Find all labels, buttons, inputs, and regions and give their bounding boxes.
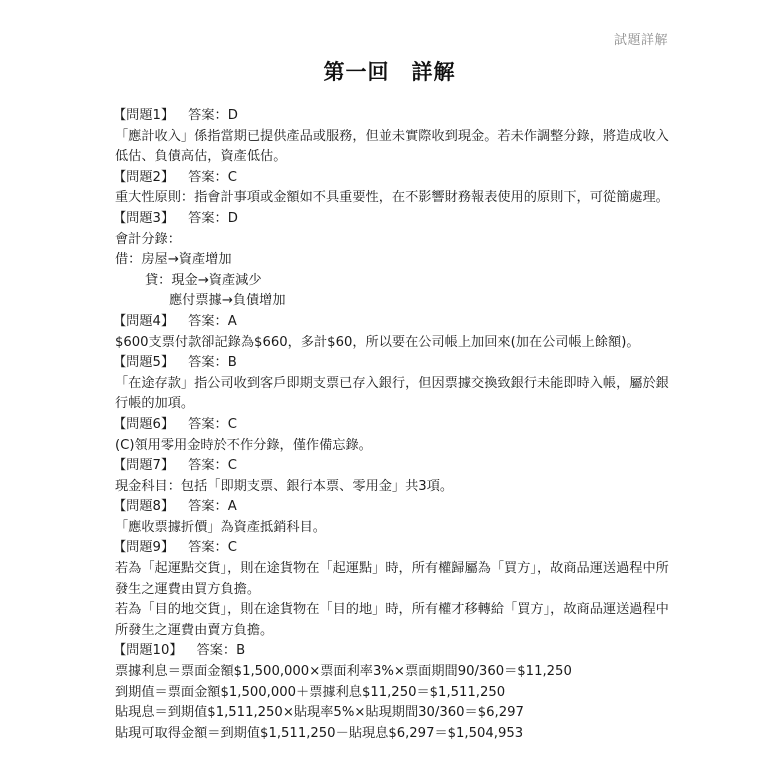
section-header-label: 試題詳解 [614,29,668,48]
question-label: 【問題10】 [113,643,183,658]
answer-label: 答案：C [188,170,237,185]
explanation-line: $600支票付款卻記錄為$660，多計$60，所以要在公司帳上加回來(加在公司帳… [115,333,671,354]
question-label: 【問題2】 [113,170,174,185]
calculation-line: 貼現息＝到期值$1,511,250×貼現率5%×貼現期間30/360＝$6,29… [115,703,671,724]
explanation-line: 「應計收入」係指當期已提供產品或服務，但並未實際收到現金。若未作調整分錄，將造成… [115,127,671,168]
explanation-line: 會計分錄： [115,230,671,251]
answer-explanations: 【問題1】答案：D 「應計收入」係指當期已提供產品或服務，但並未實際收到現金。若… [115,106,671,744]
answer-label: 答案：B [188,355,237,370]
question-header: 【問題3】答案：D [113,209,671,230]
answer-label: 答案：A [188,499,237,514]
question-header: 【問題4】答案：A [113,312,671,333]
explanation-line: 若為「起運點交貨」，則在途貨物在「起運點」時，所有權歸屬為「買方」，故商品運送過… [115,559,671,600]
calculation-line: 票據利息＝票面金額$1,500,000×票面利率3%×票面期間90/360＝$1… [115,662,671,683]
question-header: 【問題6】答案：C [113,415,671,436]
explanation-line: (C)領用零用金時於不作分錄，僅作備忘錄。 [115,436,671,457]
question-header: 【問題8】答案：A [113,497,671,518]
answer-label: 答案：C [188,540,237,555]
explanation-line: 現金科目：包括「即期支票、銀行本票、零用金」共3項。 [115,477,671,498]
question-header: 【問題5】答案：B [113,353,671,374]
answer-label: 答案：C [188,417,237,432]
calculation-line: 到期值＝票面金額$1,500,000＋票據利息$11,250＝$1,511,25… [115,683,671,704]
question-header: 【問題2】答案：C [113,168,671,189]
question-label: 【問題8】 [113,499,174,514]
question-header: 【問題9】答案：C [113,538,671,559]
page-title: 第一回 詳解 [0,56,779,86]
question-label: 【問題7】 [113,458,174,473]
question-label: 【問題4】 [113,314,174,329]
calculation-line: 貼現可取得金額＝到期值$1,511,250－貼現息$6,297＝$1,504,9… [115,724,671,745]
explanation-line: 「應收票據折價」為資產抵銷科目。 [115,518,671,539]
question-label: 【問題3】 [113,211,174,226]
explanation-line: 若為「目的地交貨」，則在途貨物在「目的地」時，所有權才移轉給「買方」，故商品運送… [115,600,671,641]
explanation-line: 「在途存款」指公司收到客戶即期支票已存入銀行，但因票據交換致銀行未能即時入帳，屬… [115,374,671,415]
answer-label: 答案：C [188,458,237,473]
answer-label: 答案：A [188,314,237,329]
question-label: 【問題6】 [113,417,174,432]
question-label: 【問題9】 [113,540,174,555]
explanation-line: 重大性原則：指會計事項或金額如不具重要性，在不影響財務報表使用的原則下，可從簡處… [115,188,671,209]
journal-debit-line: 借：房屋→資產增加 [115,250,671,271]
question-header: 【問題1】答案：D [113,106,671,127]
question-label: 【問題1】 [113,108,174,123]
question-label: 【問題5】 [113,355,174,370]
question-header: 【問題7】答案：C [113,456,671,477]
answer-label: 答案：D [188,211,238,226]
answer-label: 答案：D [188,108,238,123]
question-header: 【問題10】答案：B [113,641,671,662]
answer-label: 答案：B [197,643,246,658]
journal-credit-line: 貸：現金→資產減少 [115,271,671,292]
journal-credit-line: 應付票據→負債增加 [115,291,671,312]
